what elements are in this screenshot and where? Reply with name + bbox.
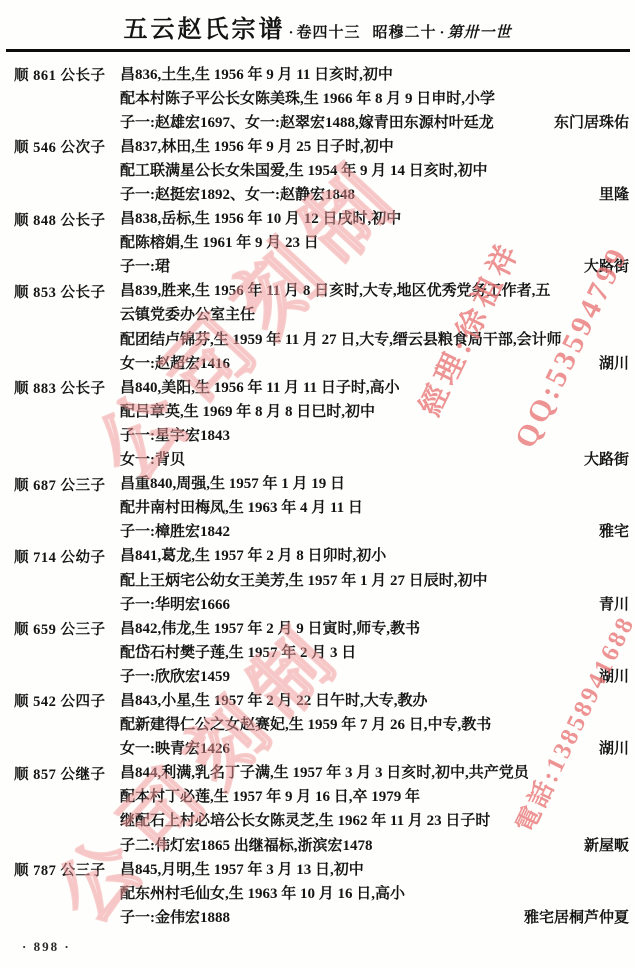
entry-line: 子一:赵雄宏1697、女一:赵翠宏1488,嫁青田东源村叶廷龙东门居珠佑 bbox=[120, 109, 629, 133]
entry-line: 配工联满星公长女朱国爱,生 1954 年 9 月 14 日亥时,初中 bbox=[120, 157, 629, 181]
entry-line-text: 子一:华明宏1666 bbox=[120, 593, 230, 614]
entry-label: 顺 546 公次子 bbox=[14, 133, 120, 157]
entry-line-text: 昌838,岳标,生 1956 年 10 月 12 日戌时,初中 bbox=[120, 207, 401, 228]
entry-line-text: 女一:赵超宏1416 bbox=[120, 352, 230, 373]
entry-label: 顺 857 公继子 bbox=[14, 760, 120, 784]
entry-line: 配本村丁必莲,生 1957 年 9 月 16 日,卒 1979 年 bbox=[120, 784, 629, 808]
entry-line: 子一:欣欣宏1459湖川 bbox=[120, 663, 629, 687]
entry-content: 昌843,小星,生 1957 年 2 月 22 日午时,大专,教办配新建得仁公之… bbox=[120, 687, 629, 759]
entry-line: 昌837,林田,生 1956 年 9 月 25 日子时,初中 bbox=[120, 133, 629, 157]
entry-line-text: 配上王炳宅公幼女王美芳,生 1957 年 1 月 27 日辰时,初中 bbox=[120, 569, 488, 590]
residence-label: 湖川 bbox=[589, 665, 629, 686]
entry-line-text: 昌844,利满,乳名丁子满,生 1957 年 3 月 3 日亥时,初中,共产党员 bbox=[120, 761, 529, 782]
entry-label: 顺 861 公长子 bbox=[14, 61, 120, 85]
entry-line-text: 配东州村毛仙女,生 1963 年 10 月 16 日,高小 bbox=[120, 882, 405, 903]
entry-line: 子一:赵挺宏1892、女一:赵静宏1848里隆 bbox=[120, 181, 629, 205]
entry-label: 顺 853 公长子 bbox=[14, 278, 120, 302]
residence-label: 湖川 bbox=[589, 737, 629, 758]
page-number: · 898 · bbox=[22, 939, 71, 955]
entry-line: 昌838,岳标,生 1956 年 10 月 12 日戌时,初中 bbox=[120, 206, 629, 230]
residence-label: 东门居珠佑 bbox=[544, 111, 629, 132]
entry-line-text: 昌839,胜来,生 1956 年 11 月 8 日亥时,大专,地区优秀党务工作者… bbox=[120, 279, 550, 300]
entry-line: 子二:伟灯宏1865 出继福标,浙滨宏1478新屋畈 bbox=[120, 832, 629, 856]
title-separator-dot: · bbox=[288, 25, 293, 41]
entry-line: 配东州村毛仙女,生 1963 年 10 月 16 日,高小 bbox=[120, 880, 629, 904]
entry-label: 顺 542 公四子 bbox=[14, 687, 120, 711]
entry-line: 昌841,葛龙,生 1957 年 2 月 8 日卯时,初小 bbox=[120, 543, 629, 567]
entry-line: 昌845,月明,生 1957 年 3 月 13 日,初中 bbox=[120, 856, 629, 880]
residence-label: 湖川 bbox=[589, 352, 629, 373]
residence-label: 雅宅 bbox=[589, 520, 629, 541]
entry: 顺 687 公三子昌重840,周强,生 1957 年 1 月 19 日配井南村田… bbox=[14, 471, 629, 543]
entry: 顺 546 公次子昌837,林田,生 1956 年 9 月 25 日子时,初中配… bbox=[14, 133, 629, 205]
entry-label: 顺 659 公三子 bbox=[14, 615, 120, 639]
entry: 顺 848 公长子昌838,岳标,生 1956 年 10 月 12 日戌时,初中… bbox=[14, 206, 629, 278]
entry-line: 配上王炳宅公幼女王美芳,生 1957 年 1 月 27 日辰时,初中 bbox=[120, 567, 629, 591]
entry: 顺 542 公四子昌843,小星,生 1957 年 2 月 22 日午时,大专,… bbox=[14, 687, 629, 759]
entry-line: 昌843,小星,生 1957 年 2 月 22 日午时,大专,教办 bbox=[120, 687, 629, 711]
entry-line-text: 子一:赵挺宏1892、女一:赵静宏1848 bbox=[120, 183, 355, 204]
entry-content: 昌837,林田,生 1956 年 9 月 25 日子时,初中配工联满星公长女朱国… bbox=[120, 133, 629, 205]
entry-line: 配井南村田梅凤,生 1963 年 4 月 11 日 bbox=[120, 495, 629, 519]
entry-content: 昌839,胜来,生 1956 年 11 月 8 日亥时,大专,地区优秀党务工作者… bbox=[120, 278, 629, 374]
entry-line-text: 配工联满星公长女朱国爱,生 1954 年 9 月 14 日亥时,初中 bbox=[120, 159, 488, 180]
entry-line: 子一:华明宏1666青川 bbox=[120, 591, 629, 615]
entry-content: 昌842,伟龙,生 1957 年 2 月 9 日寅时,师专,教书配岱石村樊子莲,… bbox=[120, 615, 629, 687]
entry: 顺 714 公幼子昌841,葛龙,生 1957 年 2 月 8 日卯时,初小配上… bbox=[14, 543, 629, 615]
entry-line: 昌重840,周强,生 1957 年 1 月 19 日 bbox=[120, 471, 629, 495]
entry-label: 顺 883 公长子 bbox=[14, 374, 120, 398]
residence-label: 大路街 bbox=[574, 448, 629, 469]
genealogy-page: 公司刻制 經理:徐祖祥 QQ:53594799 電話:13858941688 公… bbox=[0, 0, 635, 968]
entry-line: 昌844,利满,乳名丁子满,生 1957 年 3 月 3 日亥时,初中,共产党员 bbox=[120, 760, 629, 784]
volume-label: 卷四十三 bbox=[296, 25, 360, 41]
entry-line: 配岱石村樊子莲,生 1957 年 2 月 3 日 bbox=[120, 639, 629, 663]
book-title: 五云赵氏宗谱 bbox=[123, 17, 285, 43]
title-separator-dot: · bbox=[440, 25, 445, 41]
entry-line-text: 子一:欣欣宏1459 bbox=[120, 665, 230, 686]
entry: 顺 659 公三子昌842,伟龙,生 1957 年 2 月 9 日寅时,师专,教… bbox=[14, 615, 629, 687]
entry-line-text: 子一:赵雄宏1697、女一:赵翠宏1488,嫁青田东源村叶廷龙 bbox=[120, 111, 494, 132]
entry-line-text: 配本村丁必莲,生 1957 年 9 月 16 日,卒 1979 年 bbox=[120, 785, 420, 806]
entry-line-text: 昌842,伟龙,生 1957 年 2 月 9 日寅时,师专,教书 bbox=[120, 617, 420, 638]
entry-line: 配本村陈子平公长女陈美珠,生 1966 年 8 月 9 日申时,小学 bbox=[120, 85, 629, 109]
entry-line-text: 子一:星宇宏1843 bbox=[120, 424, 230, 445]
entry-line-text: 昌845,月明,生 1957 年 3 月 13 日,初中 bbox=[120, 858, 364, 879]
entry-line: 配吕章英,生 1969 年 8 月 8 日巳时,初中 bbox=[120, 398, 629, 422]
entry-line: 继配石上村必培公长女陈灵芝,生 1962 年 11 月 23 日子时 bbox=[120, 808, 629, 832]
entry-line: 女一:赵超宏1416湖川 bbox=[120, 350, 629, 374]
entry-label: 顺 714 公幼子 bbox=[14, 543, 120, 567]
entry-line-text: 子一:金伟宏1888 bbox=[120, 906, 230, 927]
zhaomu-label: 昭穆二十 bbox=[372, 25, 436, 41]
entry-line-text: 配岱石村樊子莲,生 1957 年 2 月 3 日 bbox=[120, 641, 356, 662]
entry-content: 昌841,葛龙,生 1957 年 2 月 8 日卯时,初小配上王炳宅公幼女王美芳… bbox=[120, 543, 629, 615]
entry-content: 昌836,土生,生 1956 年 9 月 11 日亥时,初中配本村陈子平公长女陈… bbox=[120, 61, 629, 133]
entry-line-text: 女一:背贝 bbox=[120, 448, 185, 469]
entry-line-text: 昌841,葛龙,生 1957 年 2 月 8 日卯时,初小 bbox=[120, 544, 386, 565]
entry-line: 昌836,土生,生 1956 年 9 月 11 日亥时,初中 bbox=[120, 61, 629, 85]
entry-line: 云镇党委办公室主任 bbox=[120, 302, 629, 326]
entry-content: 昌838,岳标,生 1956 年 10 月 12 日戌时,初中配陈榕娟,生 19… bbox=[120, 206, 629, 278]
entry: 顺 857 公继子昌844,利满,乳名丁子满,生 1957 年 3 月 3 日亥… bbox=[14, 760, 629, 856]
entry-line-text: 子二:伟灯宏1865 出继福标,浙滨宏1478 bbox=[120, 834, 373, 855]
entry-line: 昌842,伟龙,生 1957 年 2 月 9 日寅时,师专,教书 bbox=[120, 615, 629, 639]
entry: 顺 883 公长子昌840,美阳,生 1956 年 11 月 11 日子时,高小… bbox=[14, 374, 629, 470]
residence-label: 雅宅居桐芦仲夏 bbox=[514, 906, 629, 927]
entry-line: 昌840,美阳,生 1956 年 11 月 11 日子时,高小 bbox=[120, 374, 629, 398]
residence-label: 新屋畈 bbox=[574, 834, 629, 855]
entry-line-text: 配吕章英,生 1969 年 8 月 8 日巳时,初中 bbox=[120, 400, 375, 421]
entry-line-text: 子一:樟胜宏1842 bbox=[120, 520, 230, 541]
entries: 顺 861 公长子昌836,土生,生 1956 年 9 月 11 日亥时,初中配… bbox=[0, 52, 635, 928]
entry-line: 女一:映青宏1426湖川 bbox=[120, 736, 629, 760]
entry: 顺 861 公长子昌836,土生,生 1956 年 9 月 11 日亥时,初中配… bbox=[14, 61, 629, 133]
entry-line: 子一:珺大路街 bbox=[120, 254, 629, 278]
entry: 顺 787 公三子昌845,月明,生 1957 年 3 月 13 日,初中配东州… bbox=[14, 856, 629, 928]
entry-label: 顺 687 公三子 bbox=[14, 471, 120, 495]
entry-line-text: 昌836,土生,生 1956 年 9 月 11 日亥时,初中 bbox=[120, 63, 393, 84]
entry-line: 子一:樟胜宏1842雅宅 bbox=[120, 519, 629, 543]
entry-line-text: 配井南村田梅凤,生 1963 年 4 月 11 日 bbox=[120, 496, 363, 517]
entry-label: 顺 787 公三子 bbox=[14, 856, 120, 880]
entry-line-text: 继配石上村必培公长女陈灵芝,生 1962 年 11 月 23 日子时 bbox=[120, 809, 490, 830]
entry-line: 子一:星宇宏1843 bbox=[120, 422, 629, 446]
entry-line-text: 配新建得仁公之女赵赛妃,生 1959 年 7 月 26 日,中专,教书 bbox=[120, 713, 491, 734]
entry-line-text: 昌840,美阳,生 1956 年 11 月 11 日子时,高小 bbox=[120, 376, 400, 397]
entry-label: 顺 848 公长子 bbox=[14, 206, 120, 230]
entry-content: 昌重840,周强,生 1957 年 1 月 19 日配井南村田梅凤,生 1963… bbox=[120, 471, 629, 543]
entry-line-text: 配陈榕娟,生 1961 年 9 月 23 日 bbox=[120, 231, 319, 252]
entry-line-text: 配本村陈子平公长女陈美珠,生 1966 年 8 月 9 日申时,小学 bbox=[120, 87, 495, 108]
entry-line-text: 昌843,小星,生 1957 年 2 月 22 日午时,大专,教办 bbox=[120, 689, 428, 710]
generation-label: 第卅一世 bbox=[448, 25, 512, 41]
entry-content: 昌840,美阳,生 1956 年 11 月 11 日子时,高小配吕章英,生 19… bbox=[120, 374, 629, 470]
residence-label: 大路街 bbox=[574, 255, 629, 276]
entry-line-text: 昌重840,周强,生 1957 年 1 月 19 日 bbox=[120, 472, 345, 493]
residence-label: 青川 bbox=[589, 593, 629, 614]
entry-line-text: 女一:映青宏1426 bbox=[120, 737, 230, 758]
entry-line: 配团结卢锦芬,生 1959 年 11 月 27 日,大专,缙云县粮食局干部,会计… bbox=[120, 326, 629, 350]
entry-line: 昌839,胜来,生 1956 年 11 月 8 日亥时,大专,地区优秀党务工作者… bbox=[120, 278, 629, 302]
entry-line: 配陈榕娟,生 1961 年 9 月 23 日 bbox=[120, 230, 629, 254]
entry-line: 配新建得仁公之女赵赛妃,生 1959 年 7 月 26 日,中专,教书 bbox=[120, 712, 629, 736]
entry-line: 女一:背贝大路街 bbox=[120, 447, 629, 471]
entry-line-text: 配团结卢锦芬,生 1959 年 11 月 27 日,大专,缙云县粮食局干部,会计… bbox=[120, 328, 562, 349]
entry-content: 昌844,利满,乳名丁子满,生 1957 年 3 月 3 日亥时,初中,共产党员… bbox=[120, 760, 629, 856]
entry-content: 昌845,月明,生 1957 年 3 月 13 日,初中配东州村毛仙女,生 19… bbox=[120, 856, 629, 928]
residence-label: 里隆 bbox=[589, 183, 629, 204]
entry-line-text: 昌837,林田,生 1956 年 9 月 25 日子时,初中 bbox=[120, 135, 394, 156]
entry-line-text: 子一:珺 bbox=[120, 255, 170, 276]
entry: 顺 853 公长子昌839,胜来,生 1956 年 11 月 8 日亥时,大专,… bbox=[14, 278, 629, 374]
entry-line-text: 云镇党委办公室主任 bbox=[120, 303, 255, 324]
page-header: 五云赵氏宗谱·卷四十三昭穆二十·第卅一世 bbox=[0, 0, 635, 44]
entry-line: 子一:金伟宏1888雅宅居桐芦仲夏 bbox=[120, 904, 629, 928]
